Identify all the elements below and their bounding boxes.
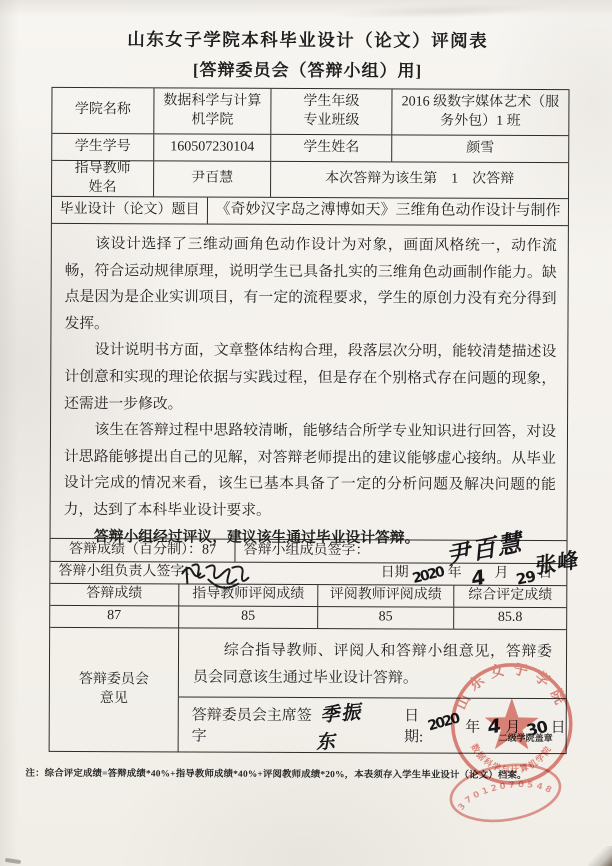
- committee-date-year-handwritten: 2020: [427, 711, 461, 735]
- student-id-label: 学生学号: [52, 134, 153, 160]
- group-member-signature-cell: 答辩小组成员签字： 尹百慧 张峰: [234, 540, 566, 563]
- committee-opinion-text: 综合指导教师、评阅人和答辩小组意见，答辩委员会同意该生通过毕业设计答辩。: [179, 628, 566, 699]
- group-members-label: 答辩小组成员签字：: [243, 542, 369, 561]
- committee-label: 答辩委员会 意见: [50, 628, 179, 752]
- scanned-paper-background: 山东女子学院本科毕业设计（论文）评阅表 [答辩委员会（答辩小组）用] 学院名称 …: [0, 0, 612, 866]
- college-value: 数据科学与计算机学院: [153, 88, 270, 134]
- review-comments-cell: 该设计选择了三维动画角色动作设计为对象，画面风格统一，动作流畅，符合运动规律原理…: [51, 223, 568, 540]
- committee-chair-signature-line: 答辩委员会主席签字 季振东 日期: 2020 年 4 月 30 日 二级学院盖章: [179, 697, 566, 753]
- score-value-overall: 85.8: [453, 608, 566, 629]
- date-month-suffix: 月: [494, 565, 508, 583]
- table-row-leader-signature: 答辩小组负责人签字： 日期 2020 年 4 月 29 日: [50, 561, 566, 585]
- leader-signature-scribble: [178, 559, 256, 601]
- class-value: 2016 级数字媒体艺术（服务外包）1 班: [391, 89, 568, 135]
- score-header-overall: 综合评定成绩: [453, 586, 566, 607]
- score-header-defense: 答辩成绩: [50, 584, 178, 606]
- grade-label-line2: 专业班级: [303, 111, 359, 129]
- chair-signature-label: 答辩委员会主席签字: [192, 704, 318, 747]
- leader-signature-cell: 答辩小组负责人签字： 日期 2020 年 4 月 29 日: [50, 562, 566, 585]
- score-value-advisor: 85: [178, 606, 317, 628]
- grade-label-line1: 学生年级: [303, 93, 359, 111]
- student-name-value: 颜雪: [391, 135, 568, 162]
- grade-class-label: 学生年级 专业班级: [270, 89, 391, 135]
- review-paragraph-3: 该生在答辩过程中思路较清晰，能够结合所学专业知识进行回答，对设计思路能够提出自己…: [64, 417, 556, 526]
- committee-day-suffix: 日: [551, 716, 566, 737]
- date-label: 日期: [381, 565, 409, 583]
- advisor-value: 尹百慧: [153, 161, 270, 197]
- scan-corner-crease: [588, 846, 612, 866]
- table-row-college: 学院名称 数据科学与计算机学院 学生年级 专业班级 2016 级数字媒体艺术（服…: [52, 88, 568, 135]
- committee-label-line2: 意见: [100, 690, 128, 708]
- student-id-value: 160507230104: [153, 134, 270, 161]
- college-label: 学院名称: [52, 88, 153, 133]
- footnote: 注：综合评定成绩=答辩成绩*40%+指导教师成绩*40%+评阅教师成绩*20%，…: [25, 765, 591, 781]
- date-year-suffix: 年: [448, 565, 462, 583]
- topic-value: 《奇妙汉字岛之溥博如天》三维角色动作设计与制作: [207, 198, 568, 226]
- member-signature-2: 张峰: [535, 547, 579, 581]
- defense-score-value: 87: [202, 541, 216, 559]
- chair-signature-handwritten: 季振东: [315, 695, 382, 755]
- table-row-student-id: 学生学号 160507230104 学生姓名 颜雪: [52, 133, 568, 162]
- secondary-college-stamp-note: 二级学院盖章: [499, 731, 553, 744]
- table-row-score-headers: 答辩成绩 指导教师评阅成绩 评阅教师评阅成绩 综合评定成绩: [50, 583, 566, 607]
- table-row-defense-score: 答辩成绩（百分制）： 87 答辩小组成员签字： 尹百慧 张峰: [50, 538, 566, 563]
- oval-code-stamp: 37012070548: [441, 753, 569, 833]
- document-title: 山东女子学院本科毕业设计（论文）评阅表: [2, 26, 612, 54]
- topic-label: 毕业设计（论文）题目: [52, 197, 207, 224]
- review-paragraph-2: 设计说明书方面，文章整体结构合理，段落层次分明，能较清楚描述设计创意和实现的理论…: [64, 337, 556, 419]
- advisor-label: 指导教师 姓名: [52, 161, 153, 196]
- score-header-reviewer: 评阅教师评阅成绩: [317, 585, 453, 607]
- student-name-label: 学生姓名: [270, 135, 391, 162]
- advisor-label-line1: 指导教师: [75, 160, 131, 178]
- table-row-score-values: 87 85 85 85.8: [50, 605, 566, 629]
- evaluation-table: 学院名称 数据科学与计算机学院 学生年级 专业班级 2016 级数字媒体艺术（服…: [49, 87, 570, 754]
- table-row-committee-opinion: 答辩委员会 意见 综合指导教师、评阅人和答辩小组意见，答辩委员会同意该生通过毕业…: [50, 627, 567, 753]
- committee-right-column: 综合指导教师、评阅人和答辩小组意见，答辩委员会同意该生通过毕业设计答辩。 答辩委…: [178, 628, 567, 753]
- committee-label-line1: 答辩委员会: [79, 671, 149, 689]
- score-value-reviewer: 85: [317, 607, 453, 629]
- score-value-defense: 87: [50, 606, 178, 628]
- document-subtitle: [答辩委员会（答辩小组）用]: [2, 55, 612, 83]
- defense-score-cell: 答辩成绩（百分制）： 87: [50, 539, 234, 562]
- document-content: 山东女子学院本科毕业设计（论文）评阅表 [答辩委员会（答辩小组）用] 学院名称 …: [0, 0, 612, 866]
- advisor-label-line2: 姓名: [89, 179, 117, 197]
- defense-score-label: 答辩成绩（百分制）：: [69, 541, 202, 560]
- table-row-topic: 毕业设计（论文）题目 《奇妙汉字岛之溥博如天》三维角色动作设计与制作: [52, 196, 568, 225]
- committee-date-label: 日期:: [404, 704, 426, 746]
- defense-count-text: 本次答辩为该生第 1 次答辩: [270, 162, 568, 198]
- table-row-advisor: 指导教师 姓名 尹百慧 本次答辩为该生第 1 次答辩: [52, 160, 568, 198]
- review-paragraph-1: 该设计选择了三维动画角色动作设计为对象，画面风格统一，动作流畅，符合运动规律原理…: [64, 231, 556, 340]
- committee-year-suffix: 年: [465, 715, 480, 736]
